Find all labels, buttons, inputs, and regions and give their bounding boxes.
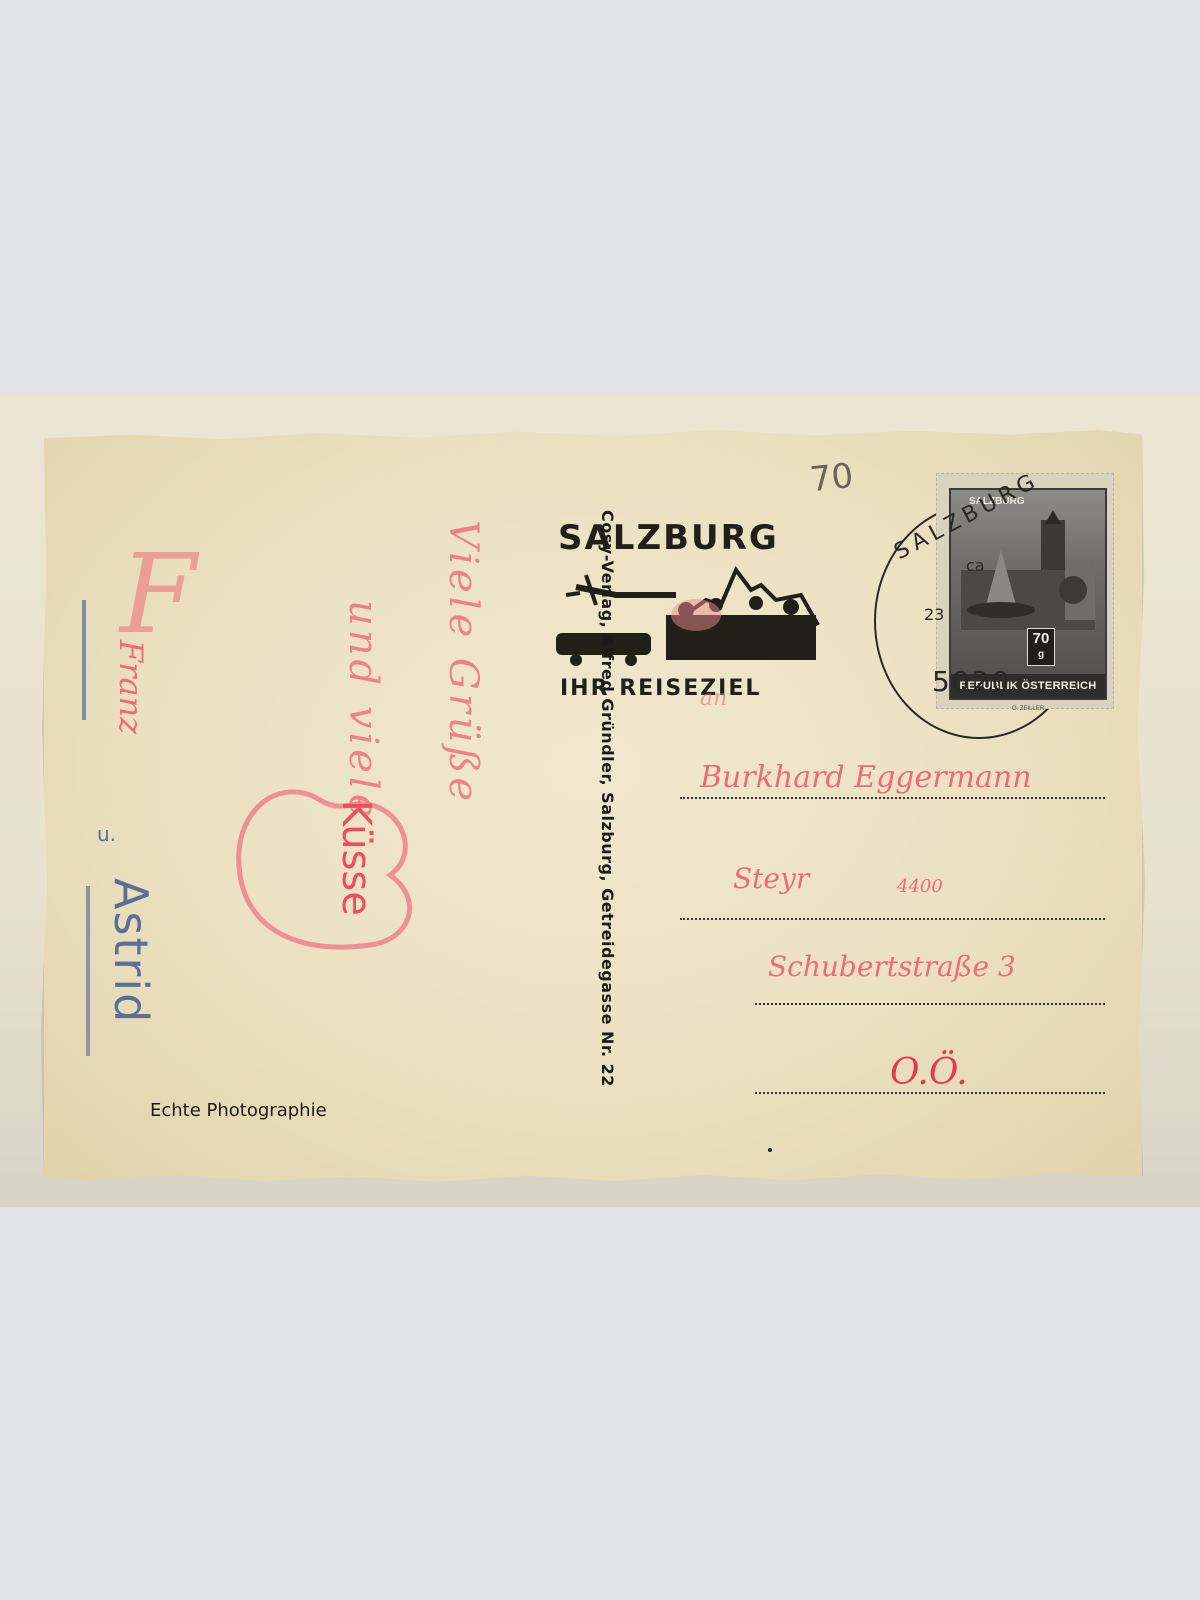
heart-text: Küsse <box>333 800 379 916</box>
signature-name-2: Astrid <box>104 878 158 1024</box>
address-line-3 <box>755 1003 1105 1005</box>
heart-icon <box>220 780 420 980</box>
address-region: O.Ö. <box>890 1052 968 1093</box>
message-line-1: Viele Grüße <box>440 520 486 805</box>
address-line-4 <box>755 1092 1105 1094</box>
address-town: Steyr <box>733 862 809 895</box>
address-line-1 <box>680 797 1105 799</box>
signature-initial: F <box>120 530 196 658</box>
publisher-imprint: Cosy-Verlag, Alfred Gründler, Salzburg, … <box>598 510 617 1087</box>
stamp-engraver: O. ZEILLER <box>951 706 1105 712</box>
address-postcode: 4400 <box>897 876 943 897</box>
photo-imprint: Echte Photographie <box>150 1100 327 1121</box>
cancellation-slogan-top: SALZBURG <box>558 518 779 558</box>
salzburg-skyline-icon <box>556 565 824 673</box>
stamp-denomination: 70 g <box>1027 628 1055 666</box>
signature-connector: u. <box>97 822 116 846</box>
address-recipient: Burkhard Eggermann <box>700 760 1032 795</box>
address-prefix: an <box>700 686 727 711</box>
postmark-postal-code: 5020 <box>932 665 1011 698</box>
address-street: Schubertstraße 3 <box>768 950 1016 983</box>
signature-name-1: Franz <box>112 640 150 734</box>
cancellation-slogan-bottom: IHR REISEZIEL <box>560 676 761 701</box>
postmark-office-code: ca <box>966 556 985 575</box>
postmark-date: 23 <box>924 605 944 624</box>
blue-underline-2 <box>86 886 90 1056</box>
ink-dot <box>768 1148 772 1152</box>
blue-underline-1 <box>82 600 86 720</box>
address-line-2 <box>680 918 1105 920</box>
pencil-price-note: 70 <box>808 456 855 500</box>
